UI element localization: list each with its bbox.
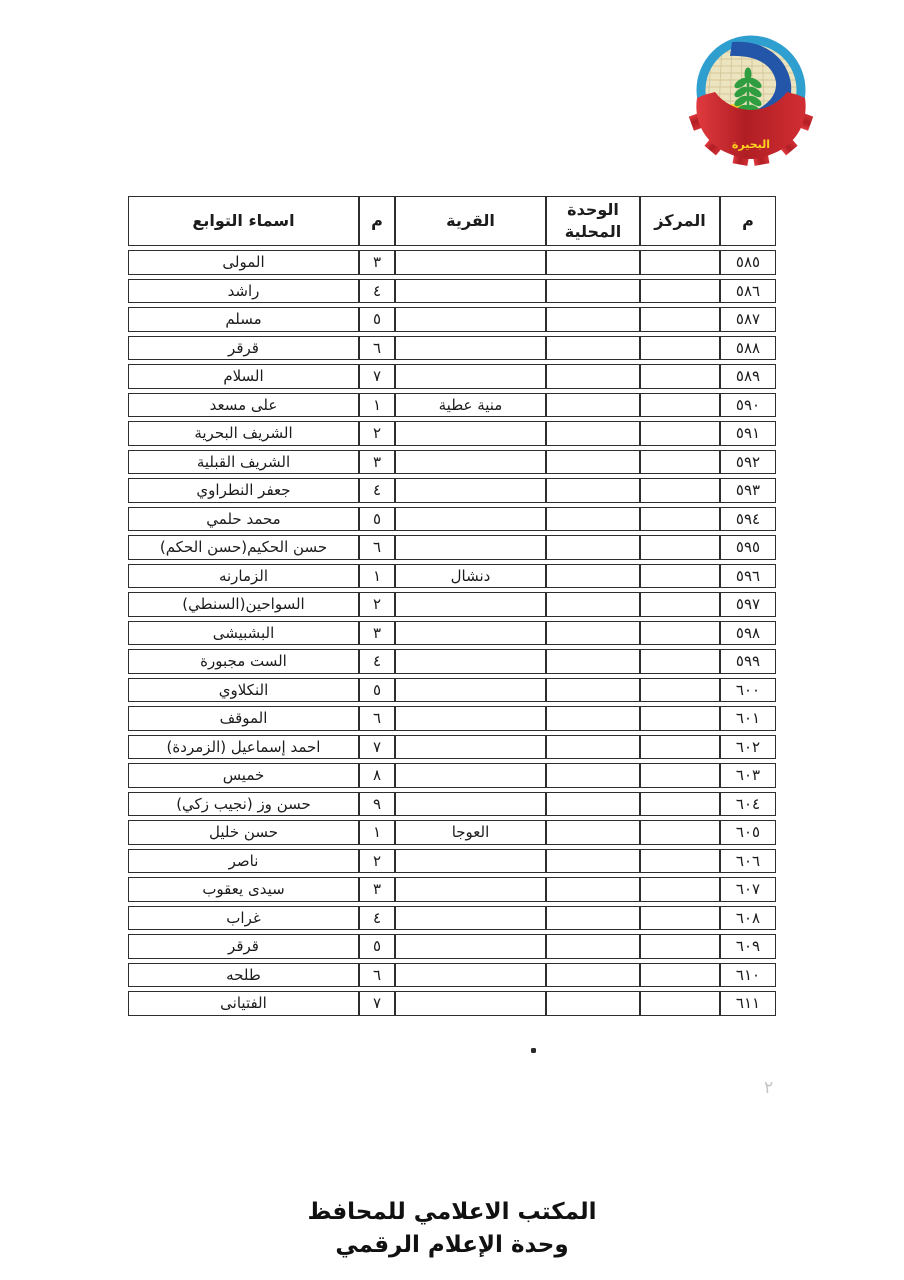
table-row: ٥٨٨٦قرقر [128, 336, 776, 361]
table-row: ٦٠٥العوجا١حسن خليل [128, 820, 776, 845]
cell-no: ٢ [359, 592, 395, 617]
cell-no: ٦ [359, 706, 395, 731]
cell-unit [546, 963, 640, 988]
cell-center [640, 535, 720, 560]
cell-village [395, 763, 546, 788]
cell-no: ٧ [359, 991, 395, 1016]
villages-roster-table: م المركز الوحدة المحلية القرية م اسماء ا… [128, 192, 776, 1020]
cell-village [395, 877, 546, 902]
cell-name: على مسعد [128, 393, 359, 418]
beheira-governorate-logo: البحيرة [684, 32, 818, 168]
table-row: ٦٠١٦الموقف [128, 706, 776, 731]
header-center: المركز [640, 196, 720, 246]
cell-center [640, 649, 720, 674]
table-row: ٥٩٨٣البشبيشى [128, 621, 776, 646]
cell-name: الموقف [128, 706, 359, 731]
governorate-logo-graphic: البحيرة [684, 32, 818, 168]
cell-no: ٧ [359, 735, 395, 760]
table-row: ٥٩٧٢السواحين(السنطي) [128, 592, 776, 617]
cell-name: راشد [128, 279, 359, 304]
footer-line-media-office: المكتب الاعلامي للمحافظ [0, 1196, 904, 1229]
cell-village [395, 478, 546, 503]
cell-id: ٦١٠ [720, 963, 776, 988]
cell-unit [546, 478, 640, 503]
cell-unit [546, 336, 640, 361]
cell-id: ٦٠٤ [720, 792, 776, 817]
cell-no: ٤ [359, 906, 395, 931]
cell-no: ٤ [359, 649, 395, 674]
header-sub-no: م [359, 196, 395, 246]
cell-unit [546, 991, 640, 1016]
table-header: م المركز الوحدة المحلية القرية م اسماء ا… [128, 196, 776, 246]
cell-id: ٦١١ [720, 991, 776, 1016]
cell-no: ٣ [359, 877, 395, 902]
cell-center [640, 250, 720, 275]
roster-table-container: م المركز الوحدة المحلية القرية م اسماء ا… [128, 192, 776, 1020]
cell-center [640, 478, 720, 503]
cell-unit [546, 307, 640, 332]
table-row: ٦٠٧٣سيدى يعقوب [128, 877, 776, 902]
cell-name: النكلاوي [128, 678, 359, 703]
table-body: ٥٨٥٣المولى٥٨٦٤راشد٥٨٧٥مسلم٥٨٨٦قرقر٥٨٩٧ال… [128, 250, 776, 1016]
table-row: ٦١١٧الفتيانى [128, 991, 776, 1016]
cell-name: السلام [128, 364, 359, 389]
cell-name: محمد حلمي [128, 507, 359, 532]
cell-unit [546, 279, 640, 304]
table-row: ٥٨٥٣المولى [128, 250, 776, 275]
table-row: ٦٠٨٤غراب [128, 906, 776, 931]
cell-id: ٥٨٥ [720, 250, 776, 275]
cell-village [395, 592, 546, 617]
table-row: ٥٩٥٦حسن الحكيم(حسن الحكم) [128, 535, 776, 560]
footer-line-digital-media-unit: وحدة الإعلام الرقمي [0, 1229, 904, 1262]
table-row: ٦١٠٦طلحه [128, 963, 776, 988]
cell-no: ٢ [359, 849, 395, 874]
cell-name: الشريف البحرية [128, 421, 359, 446]
cell-center [640, 991, 720, 1016]
cell-no: ٧ [359, 364, 395, 389]
cell-unit [546, 621, 640, 646]
cell-name: جعفر النطراوي [128, 478, 359, 503]
cell-name: قرقر [128, 336, 359, 361]
table-header-row: م المركز الوحدة المحلية القرية م اسماء ا… [128, 196, 776, 246]
scan-artifact-squiggle: ٢ [764, 1078, 773, 1098]
cell-unit [546, 792, 640, 817]
header-local-unit: الوحدة المحلية [546, 196, 640, 246]
cell-unit [546, 877, 640, 902]
cell-name: حسن الحكيم(حسن الحكم) [128, 535, 359, 560]
cell-no: ١ [359, 393, 395, 418]
cell-id: ٥٩٥ [720, 535, 776, 560]
cell-center [640, 820, 720, 845]
cell-name: سيدى يعقوب [128, 877, 359, 902]
cell-village: العوجا [395, 820, 546, 845]
cell-name: البشبيشى [128, 621, 359, 646]
cell-village [395, 991, 546, 1016]
cell-center [640, 735, 720, 760]
cell-name: حسن خليل [128, 820, 359, 845]
table-row: ٦٠٠٥النكلاوي [128, 678, 776, 703]
cell-no: ٩ [359, 792, 395, 817]
table-row: ٥٩١٢الشريف البحرية [128, 421, 776, 446]
cell-unit [546, 706, 640, 731]
cell-no: ١ [359, 820, 395, 845]
cell-center [640, 450, 720, 475]
cell-unit [546, 450, 640, 475]
cell-village [395, 364, 546, 389]
table-row: ٥٨٩٧السلام [128, 364, 776, 389]
cell-name: خميس [128, 763, 359, 788]
cell-village [395, 792, 546, 817]
cell-unit [546, 820, 640, 845]
cell-id: ٥٩٣ [720, 478, 776, 503]
cell-village [395, 649, 546, 674]
cell-id: ٥٨٨ [720, 336, 776, 361]
cell-center [640, 336, 720, 361]
cell-unit [546, 763, 640, 788]
cell-no: ٨ [359, 763, 395, 788]
cell-id: ٦٠٧ [720, 877, 776, 902]
cell-id: ٥٩٠ [720, 393, 776, 418]
cell-village [395, 535, 546, 560]
cell-center [640, 792, 720, 817]
table-row: ٥٩٠منية عطية١على مسعد [128, 393, 776, 418]
cell-name: غراب [128, 906, 359, 931]
cell-id: ٥٨٩ [720, 364, 776, 389]
cell-unit [546, 507, 640, 532]
header-names: اسماء التوابع [128, 196, 359, 246]
cell-unit [546, 649, 640, 674]
table-row: ٥٨٦٤راشد [128, 279, 776, 304]
cell-no: ٦ [359, 535, 395, 560]
cell-unit [546, 934, 640, 959]
cell-id: ٦٠٢ [720, 735, 776, 760]
cell-center [640, 849, 720, 874]
cell-unit [546, 364, 640, 389]
cell-unit [546, 735, 640, 760]
cell-id: ٥٨٦ [720, 279, 776, 304]
cell-center [640, 364, 720, 389]
cell-no: ٥ [359, 934, 395, 959]
cell-id: ٦٠٩ [720, 934, 776, 959]
cell-name: ناصر [128, 849, 359, 874]
cell-center [640, 906, 720, 931]
cell-center [640, 592, 720, 617]
cell-id: ٥٩٩ [720, 649, 776, 674]
cell-no: ٦ [359, 963, 395, 988]
cell-no: ٣ [359, 250, 395, 275]
cell-center [640, 877, 720, 902]
cell-village: دنشال [395, 564, 546, 589]
cell-no: ٥ [359, 307, 395, 332]
cell-id: ٥٨٧ [720, 307, 776, 332]
table-row: ٥٩٤٥محمد حلمي [128, 507, 776, 532]
cell-village [395, 934, 546, 959]
table-row: ٦٠٣٨خميس [128, 763, 776, 788]
cell-center [640, 934, 720, 959]
cell-id: ٦٠١ [720, 706, 776, 731]
cell-village [395, 421, 546, 446]
cell-village [395, 963, 546, 988]
cell-village [395, 307, 546, 332]
cell-unit [546, 906, 640, 931]
cell-unit [546, 421, 640, 446]
cell-unit [546, 678, 640, 703]
cell-id: ٥٩٨ [720, 621, 776, 646]
cell-unit [546, 250, 640, 275]
cell-village [395, 678, 546, 703]
cell-no: ٥ [359, 678, 395, 703]
cell-village: منية عطية [395, 393, 546, 418]
cell-name: الست مجبورة [128, 649, 359, 674]
cell-no: ٤ [359, 279, 395, 304]
cell-id: ٥٩٧ [720, 592, 776, 617]
cell-center [640, 706, 720, 731]
cell-no: ٢ [359, 421, 395, 446]
cell-center [640, 393, 720, 418]
footer: المكتب الاعلامي للمحافظ وحدة الإعلام الر… [0, 1196, 904, 1262]
cell-center [640, 279, 720, 304]
cell-id: ٦٠٥ [720, 820, 776, 845]
table-row: ٥٨٧٥مسلم [128, 307, 776, 332]
table-row: ٦٠٦٢ناصر [128, 849, 776, 874]
cell-village [395, 906, 546, 931]
table-row: ٦٠٩٥قرقر [128, 934, 776, 959]
cell-center [640, 564, 720, 589]
cell-unit [546, 849, 640, 874]
table-row: ٥٩٩٤الست مجبورة [128, 649, 776, 674]
cell-center [640, 621, 720, 646]
cell-no: ٥ [359, 507, 395, 532]
cell-id: ٦٠٠ [720, 678, 776, 703]
cell-id: ٥٩١ [720, 421, 776, 446]
scan-artifact-dot [531, 1048, 536, 1053]
cell-village [395, 250, 546, 275]
cell-id: ٥٩٦ [720, 564, 776, 589]
cell-village [395, 279, 546, 304]
cell-village [395, 336, 546, 361]
cell-no: ١ [359, 564, 395, 589]
cell-name: حسن وز (نجيب زكي) [128, 792, 359, 817]
cell-center [640, 678, 720, 703]
cell-id: ٦٠٣ [720, 763, 776, 788]
table-row: ٥٩٦دنشال١الزمارنه [128, 564, 776, 589]
cell-center [640, 507, 720, 532]
cell-name: المولى [128, 250, 359, 275]
cell-unit [546, 564, 640, 589]
cell-name: الفتيانى [128, 991, 359, 1016]
cell-id: ٦٠٨ [720, 906, 776, 931]
cell-name: طلحه [128, 963, 359, 988]
cell-name: قرقر [128, 934, 359, 959]
table-row: ٦٠٤٩حسن وز (نجيب زكي) [128, 792, 776, 817]
cell-name: مسلم [128, 307, 359, 332]
cell-village [395, 735, 546, 760]
cell-center [640, 421, 720, 446]
logo-label: البحيرة [732, 138, 770, 151]
cell-village [395, 706, 546, 731]
cell-village [395, 450, 546, 475]
cell-center [640, 763, 720, 788]
cell-center [640, 307, 720, 332]
cell-name: الشريف القبلية [128, 450, 359, 475]
cell-no: ٤ [359, 478, 395, 503]
cell-id: ٥٩٢ [720, 450, 776, 475]
cell-center [640, 963, 720, 988]
cell-name: الزمارنه [128, 564, 359, 589]
cell-id: ٦٠٦ [720, 849, 776, 874]
cell-no: ٣ [359, 621, 395, 646]
cell-name: احمد إسماعيل (الزمردة) [128, 735, 359, 760]
cell-no: ٦ [359, 336, 395, 361]
table-row: ٥٩٢٣الشريف القبلية [128, 450, 776, 475]
cell-village [395, 849, 546, 874]
document-page: { "logo": { "label": "البحيرة", "colors"… [0, 0, 904, 1280]
header-id: م [720, 196, 776, 246]
table-row: ٦٠٢٧احمد إسماعيل (الزمردة) [128, 735, 776, 760]
cell-name: السواحين(السنطي) [128, 592, 359, 617]
cell-id: ٥٩٤ [720, 507, 776, 532]
table-row: ٥٩٣٤جعفر النطراوي [128, 478, 776, 503]
cell-unit [546, 393, 640, 418]
header-village: القرية [395, 196, 546, 246]
cell-no: ٣ [359, 450, 395, 475]
cell-village [395, 621, 546, 646]
cell-village [395, 507, 546, 532]
cell-unit [546, 592, 640, 617]
cell-unit [546, 535, 640, 560]
